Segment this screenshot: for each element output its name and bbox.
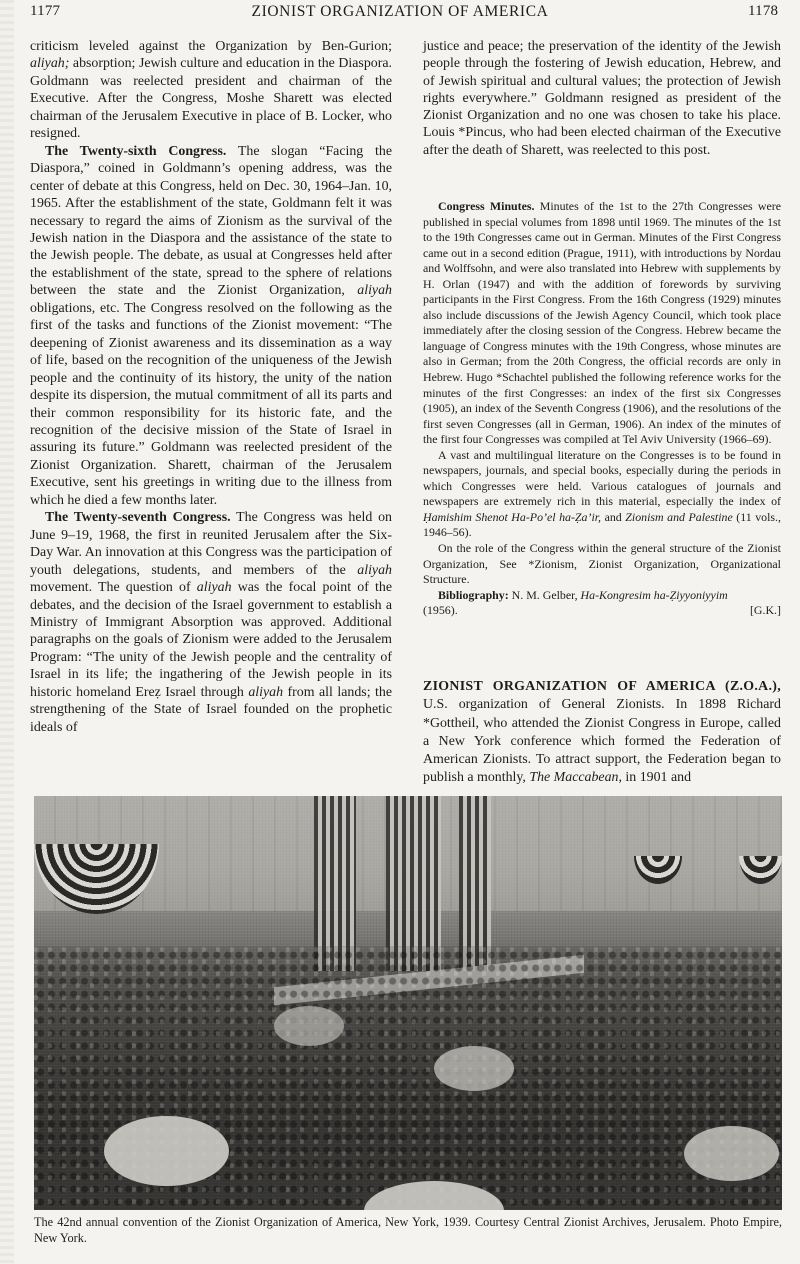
bibliography: Bibliography: N. M. Gelber, Ha-Kongresim… [423, 588, 781, 604]
paragraph-continuation: criticism leveled against the Organizati… [30, 38, 392, 143]
author-signature: [G.K.] [750, 603, 781, 619]
banquet-table [434, 1046, 514, 1091]
paragraph-congress-minutes: Congress Minutes. Minutes of the 1st to … [423, 199, 781, 448]
italic-term: aliyah [357, 283, 392, 298]
bibliography-end-line: (1956).[G.K.] [423, 603, 781, 619]
running-head: 1177 ZIONIST ORGANIZATION OF AMERICA 117… [0, 0, 800, 26]
italic-term: aliyah [197, 580, 232, 595]
banquet-table [104, 1116, 229, 1186]
running-head-title: ZIONIST ORGANIZATION OF AMERICA [0, 3, 800, 21]
paragraph-cross-reference: On the role of the Congress within the g… [423, 541, 781, 588]
run-in-heading: Congress Minutes. [438, 199, 535, 213]
italic-term: aliyah; [30, 56, 69, 71]
paragraph-continuation: justice and peace; the preservation of t… [423, 38, 781, 159]
banquet-table [684, 1126, 779, 1181]
flag-drape [459, 796, 491, 971]
italic-title: Zionism and Palestine [625, 510, 732, 524]
paragraph-twenty-sixth-congress: The Twenty-sixth Congress. The slogan “F… [30, 143, 392, 510]
paragraph-literature: A vast and multilingual literature on th… [423, 448, 781, 541]
bibliography-label: Bibliography: [438, 588, 509, 602]
right-page-number: 1178 [748, 3, 778, 20]
encyclopedia-entry-zoa: ZIONIST ORGANIZATION OF AMERICA (Z.O.A.)… [423, 678, 781, 788]
photo-caption: The 42nd annual convention of the Zionis… [34, 1214, 782, 1246]
flag-drape [314, 796, 356, 971]
run-in-heading: The Twenty-seventh Congress. [45, 510, 231, 525]
entry-headword: ZIONIST ORGANIZATION OF AMERICA (Z.O.A.)… [423, 679, 781, 694]
italic-title: Ha-Kongresim ha-Ẓiyyoniyyim [581, 588, 728, 602]
paragraph-twenty-seventh-congress: The Twenty-seventh Congress. The Congres… [30, 509, 392, 736]
right-column-continuation: justice and peace; the preservation of t… [423, 38, 781, 159]
right-column-small-print: Congress Minutes. Minutes of the 1st to … [423, 199, 781, 619]
left-column: criticism leveled against the Organizati… [30, 38, 392, 736]
italic-title: The Maccabean, [529, 770, 622, 785]
italic-term: aliyah [357, 563, 392, 578]
italic-title: Ḥamishim Shenot Ha-Po’el ha-Ẓa’ir, [423, 510, 601, 524]
entry-paragraph: ZIONIST ORGANIZATION OF AMERICA (Z.O.A.)… [423, 678, 781, 788]
run-in-heading: The Twenty-sixth Congress. [45, 144, 226, 159]
convention-photograph [34, 796, 782, 1210]
banquet-table [274, 1006, 344, 1046]
flag-drape [386, 796, 441, 971]
italic-term: aliyah [248, 685, 283, 700]
scanned-page-edge [0, 0, 14, 1264]
